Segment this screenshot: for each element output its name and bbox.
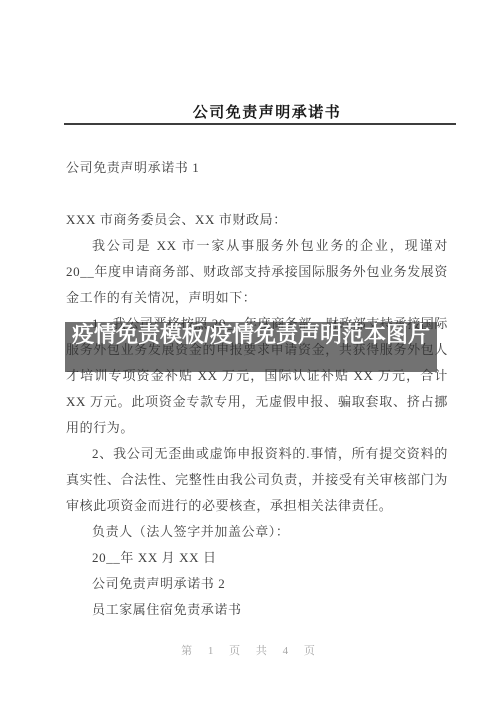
page-title: 公司免责声明承诺书 [64,101,456,122]
title-divider [64,123,456,125]
intro-paragraph: 我公司是 XX 市一家从事服务外包业务的企业，现谨对 20__年度申请商务部、财… [66,233,448,311]
salutation-line: XXX 市商务委员会、XX 市财政局： [66,207,448,233]
page-number-footer: 第 1 页 共 4 页 [0,642,500,658]
section-heading-2: 公司免责声明承诺书 2 [66,571,448,597]
clause-2-paragraph: 2、我公司无歪曲或虚饰申报资料的.事情，所有提交资料的真实性、合法性、完整性由我… [66,441,448,519]
watermark-overlay: 疫情免责模板/疫情免责声明范本图片 [65,322,437,372]
document-body: 公司免责声明承诺书 1 XXX 市商务委员会、XX 市财政局： 我公司是 XX … [66,155,448,623]
subsection-title: 员工家属住宿免责承诺书 [66,597,448,623]
date-line: 20__年 XX 月 XX 日 [66,545,448,571]
section-heading-1: 公司免责声明承诺书 1 [66,155,448,181]
document-page: 公司免责声明承诺书 公司免责声明承诺书 1 XXX 市商务委员会、XX 市财政局… [0,0,500,706]
signature-line: 负责人（法人签字并加盖公章）： [66,519,448,545]
